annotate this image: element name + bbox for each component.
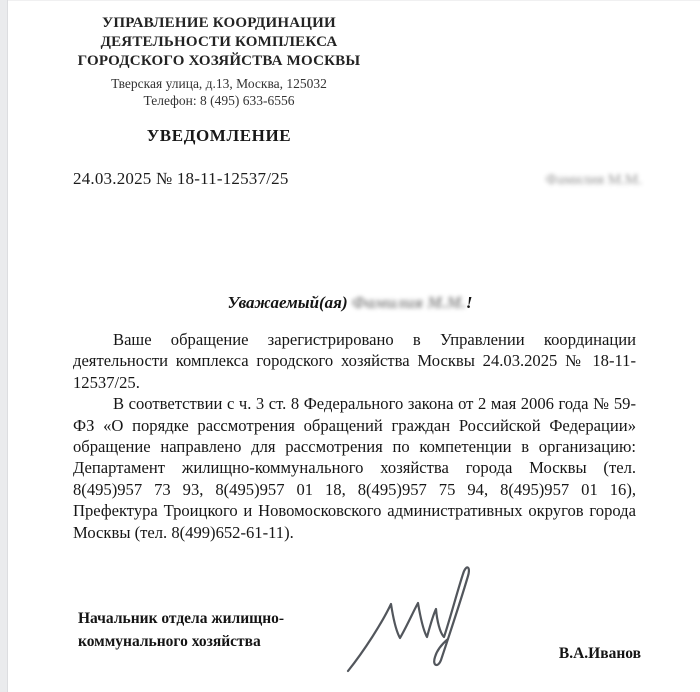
letterhead: УПРАВЛЕНИЕ КООРДИНАЦИИ ДЕЯТЕЛЬНОСТИ КОМП…: [73, 14, 365, 146]
org-name-line: ДЕЯТЕЛЬНОСТИ КОМПЛЕКСА: [73, 33, 365, 52]
greeting-suffix: !: [466, 293, 473, 312]
document-title: УВЕДОМЛЕНИЕ: [73, 126, 365, 146]
body-paragraph: В соответствии с ч. 3 ст. 8 Федерального…: [73, 393, 636, 543]
greeting-line: Уважаемый(ая) Фамилия М.М.!: [0, 293, 700, 313]
greeting-name-redacted: Фамилия М.М.: [352, 293, 466, 312]
document-date-number: 24.03.2025 № 18-11-12537/25: [73, 169, 289, 189]
letter-body: Ваше обращение зарегистрировано в Управл…: [73, 329, 636, 543]
signature-section: Начальник отдела жилищно- коммунального …: [0, 547, 700, 692]
org-name: УПРАВЛЕНИЕ КООРДИНАЦИИ ДЕЯТЕЛЬНОСТИ КОМП…: [73, 14, 365, 71]
greeting-prefix: Уважаемый(ая): [228, 293, 348, 312]
recipient-redacted: Фамилия М.М.: [546, 172, 642, 189]
signer-name: В.А.Иванов: [559, 645, 641, 663]
page-edge-strip: [0, 0, 8, 692]
letter-page: УПРАВЛЕНИЕ КООРДИНАЦИИ ДЕЯТЕЛЬНОСТИ КОМП…: [0, 0, 700, 692]
org-phone: Телефон: 8 (495) 633-6556: [73, 93, 365, 110]
org-contact: Тверская улица, д.13, Москва, 125032 Тел…: [73, 76, 365, 109]
signer-position: Начальник отдела жилищно- коммунального …: [78, 607, 328, 653]
org-address: Тверская улица, д.13, Москва, 125032: [73, 76, 365, 93]
signer-position-line: Начальник отдела жилищно-: [78, 607, 328, 630]
reference-row: 24.03.2025 № 18-11-12537/25 Фамилия М.М.: [73, 169, 650, 189]
signer-position-line: коммунального хозяйства: [78, 630, 328, 653]
org-name-line: ГОРОДСКОГО ХОЗЯЙСТВА МОСКВЫ: [73, 52, 365, 71]
handwritten-signature: [330, 547, 470, 677]
org-name-line: УПРАВЛЕНИЕ КООРДИНАЦИИ: [73, 14, 365, 33]
body-paragraph: Ваше обращение зарегистрировано в Управл…: [73, 329, 636, 393]
